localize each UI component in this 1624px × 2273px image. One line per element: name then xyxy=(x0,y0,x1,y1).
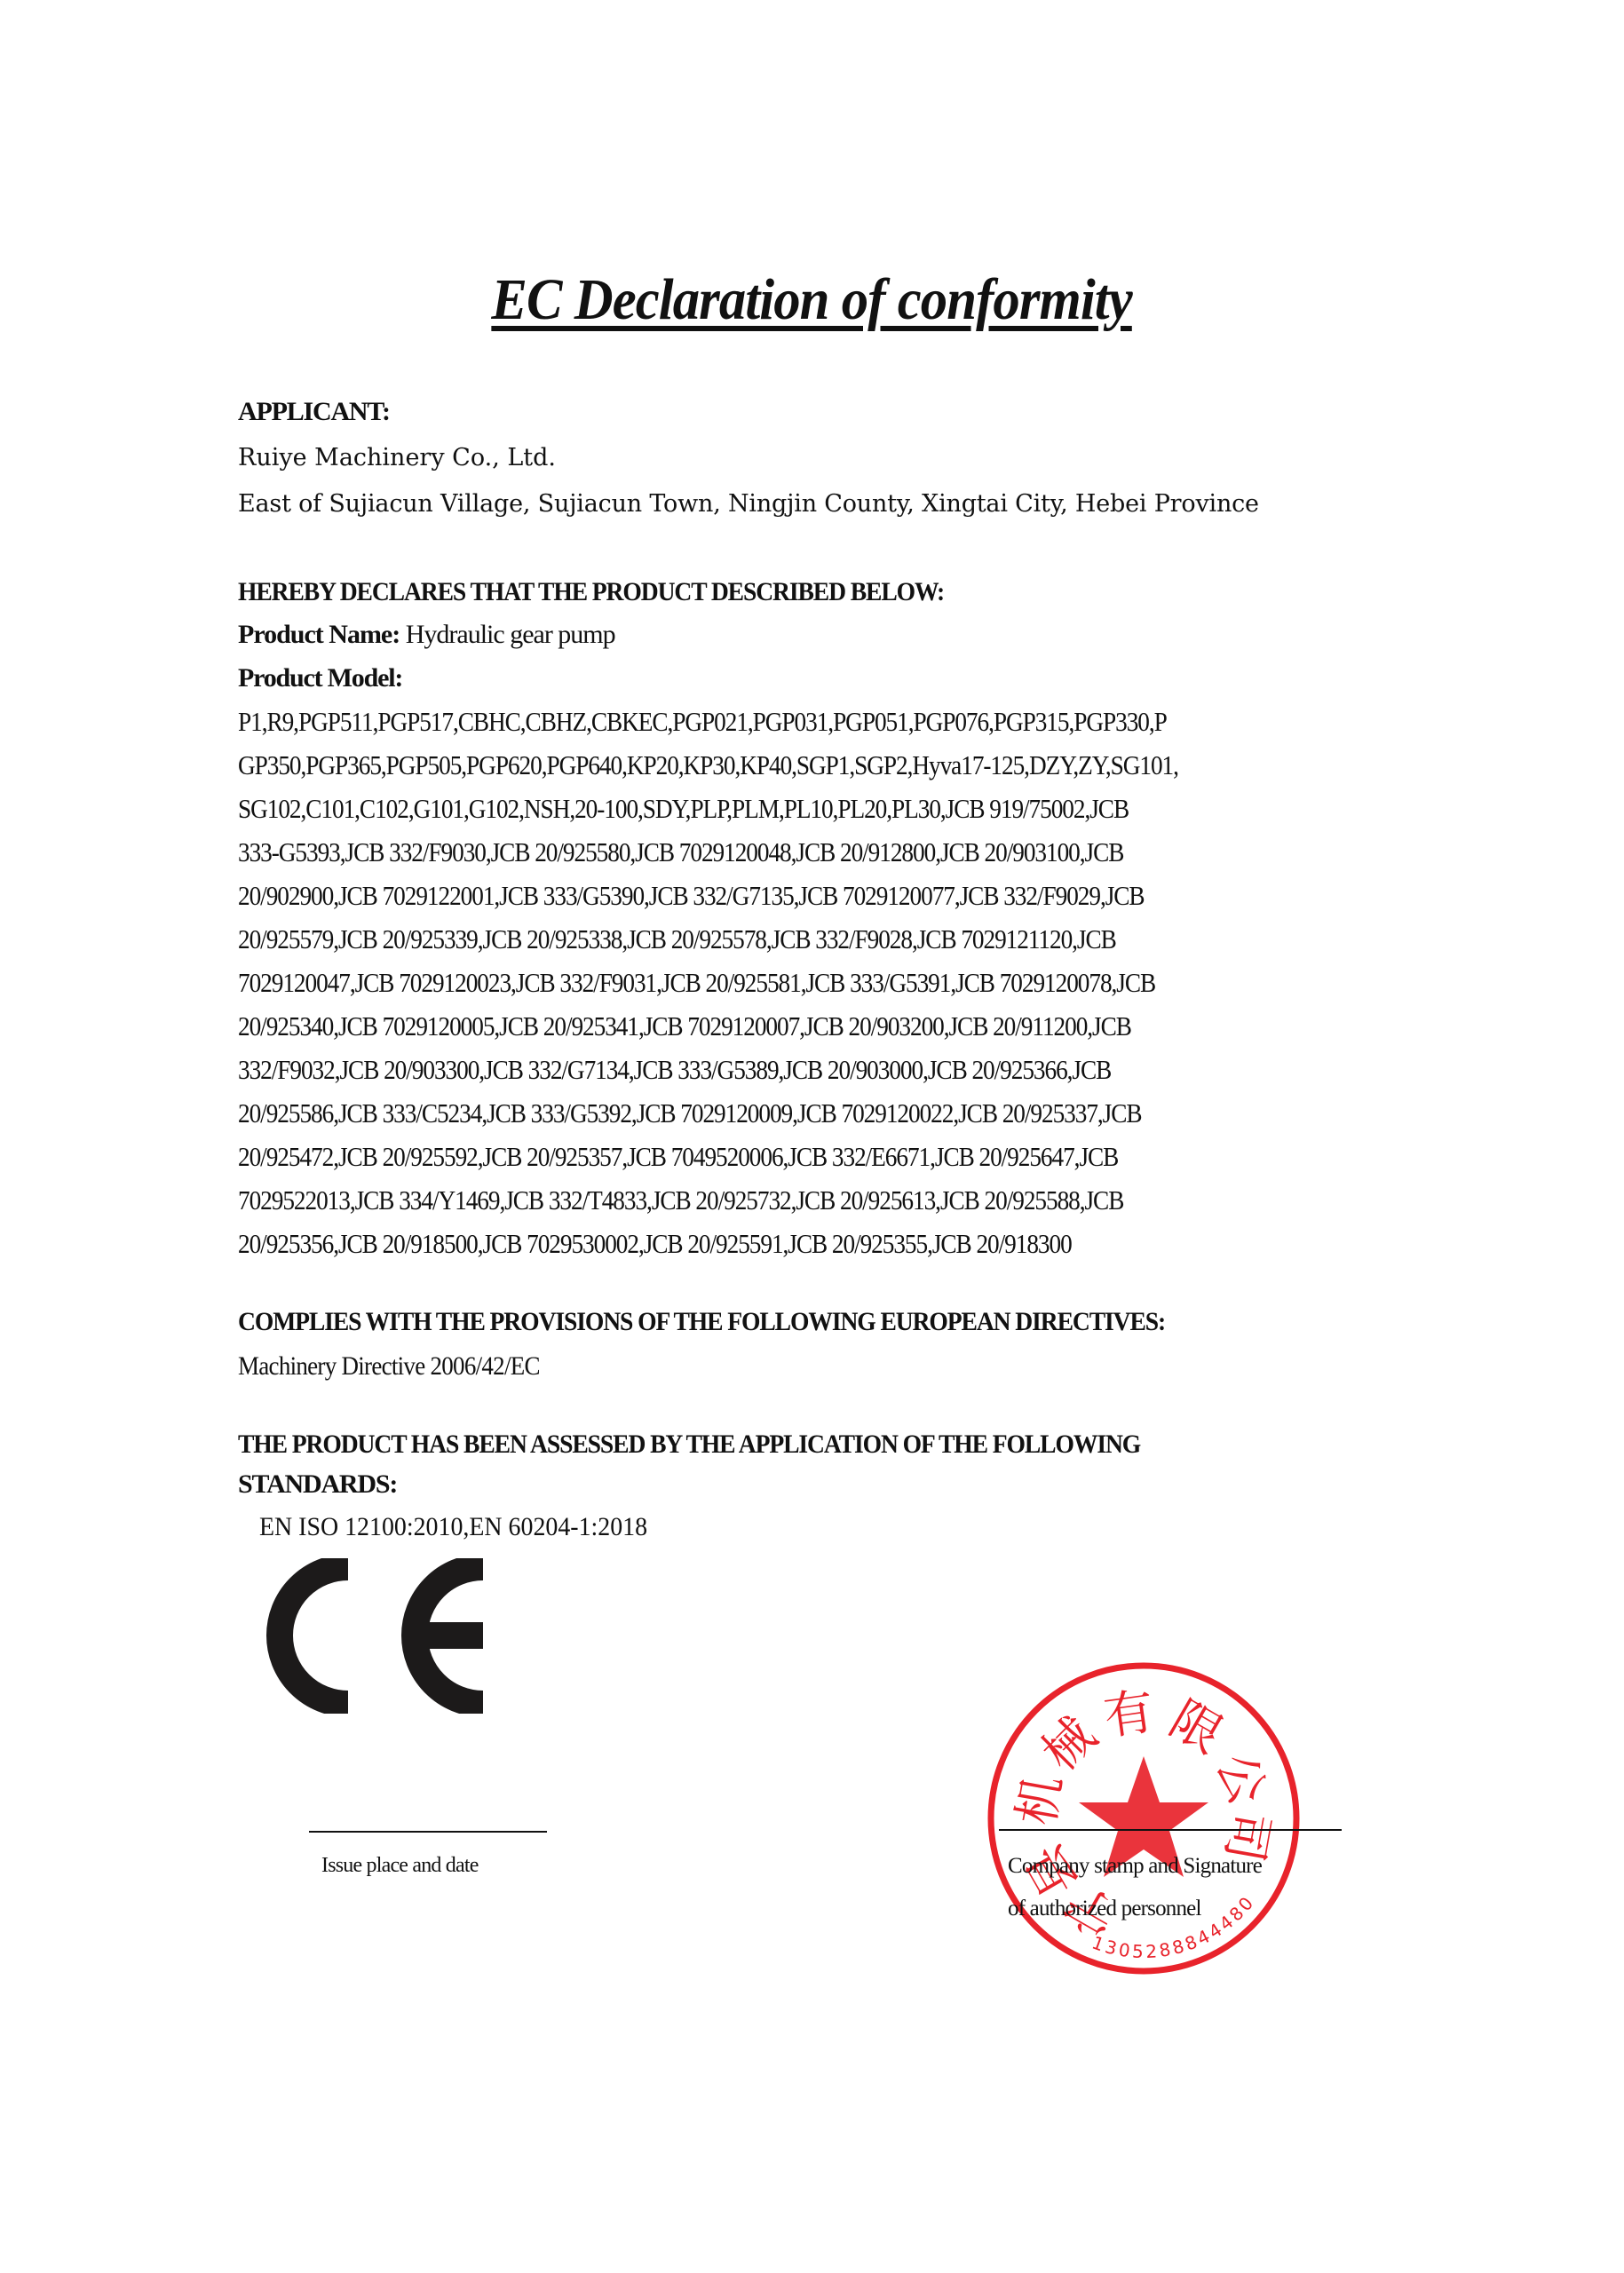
standards-heading-line2: STANDARDS: xyxy=(238,1469,397,1500)
product-heading: HEREBY DECLARES THAT THE PRODUCT DESCRIB… xyxy=(238,577,944,607)
issue-signature-line xyxy=(309,1831,547,1833)
svg-text:5: 5 xyxy=(1132,1941,1145,1963)
svg-text:械: 械 xyxy=(1032,1707,1108,1783)
product-model-line: 20/925586,JCB 333/C5234,JCB 333/G5392,JC… xyxy=(238,1097,1142,1129)
product-model-label: Product Model: xyxy=(238,663,402,693)
product-name-row: Product Name: Hydraulic gear pump xyxy=(238,620,615,650)
applicant-heading: APPLICANT: xyxy=(238,397,390,427)
product-model-line: P1,R9,PGP511,PGP517,CBHC,CBHZ,CBKEC,PGP0… xyxy=(238,706,1167,738)
product-model-line: 20/925472,JCB 20/925592,JCB 20/925357,JC… xyxy=(238,1141,1118,1173)
product-model-line: 332/F9032,JCB 20/903300,JCB 332/G7134,JC… xyxy=(238,1054,1111,1086)
product-name-value: Hydraulic gear pump xyxy=(406,620,615,649)
applicant-address: East of Sujiacun Village, Sujiacun Town,… xyxy=(238,490,1259,518)
signature-label-line2: of authorized personnel xyxy=(1008,1897,1201,1921)
product-model-line: 20/925356,JCB 20/918500,JCB 7029530002,J… xyxy=(238,1228,1072,1260)
product-model-line: 20/925340,JCB 7029120005,JCB 20/925341,J… xyxy=(238,1010,1131,1042)
svg-text:0: 0 xyxy=(1117,1939,1131,1962)
signature-label-line1: Company stamp and Signature xyxy=(1008,1854,1262,1879)
product-model-line: 20/925579,JCB 20/925339,JCB 20/925338,JC… xyxy=(238,923,1116,955)
product-name-label: Product Name: xyxy=(238,620,400,649)
document-title: EC Declaration of conformity xyxy=(492,266,1132,334)
directive-value: Machinery Directive 2006/42/EC xyxy=(238,1351,540,1382)
directives-heading: COMPLIES WITH THE PROVISIONS OF THE FOLL… xyxy=(238,1307,1165,1337)
product-model-line: 7029120047,JCB 7029120023,JCB 332/F9031,… xyxy=(238,967,1155,999)
standards-heading-line1: THE PRODUCT HAS BEEN ASSESSED BY THE APP… xyxy=(238,1430,1140,1460)
product-model-line: SG102,C101,C102,G101,G102,NSH,20-100,SDY… xyxy=(238,793,1129,825)
svg-text:8: 8 xyxy=(1158,1938,1172,1961)
product-model-line: 20/902900,JCB 7029122001,JCB 333/G5390,J… xyxy=(238,880,1145,912)
product-model-line: 333-G5393,JCB 332/F9030,JCB 20/925580,JC… xyxy=(238,836,1123,868)
standards-value: EN ISO 12100:2010,EN 60204-1:2018 xyxy=(259,1512,647,1542)
svg-text:限: 限 xyxy=(1161,1691,1232,1765)
product-model-line: GP350,PGP365,PGP505,PGP620,PGP640,KP20,K… xyxy=(238,749,1178,781)
svg-text:机: 机 xyxy=(1008,1770,1073,1829)
ce-mark-icon xyxy=(259,1558,499,1718)
product-model-line: 7029522013,JCB 334/Y1469,JCB 332/T4833,J… xyxy=(238,1184,1123,1216)
company-seal-icon: 县机械有限公司宁 1305288844480 xyxy=(984,1659,1312,1992)
signature-line xyxy=(999,1829,1342,1831)
issue-place-date-label: Issue place and date xyxy=(321,1854,479,1878)
applicant-company: Ruiye Machinery Co., Ltd. xyxy=(238,444,556,471)
svg-text:公: 公 xyxy=(1205,1746,1277,1813)
svg-text:2: 2 xyxy=(1145,1940,1158,1962)
document-title-wrap: EC Declaration of conformity xyxy=(0,266,1624,334)
svg-text:有: 有 xyxy=(1100,1683,1158,1746)
